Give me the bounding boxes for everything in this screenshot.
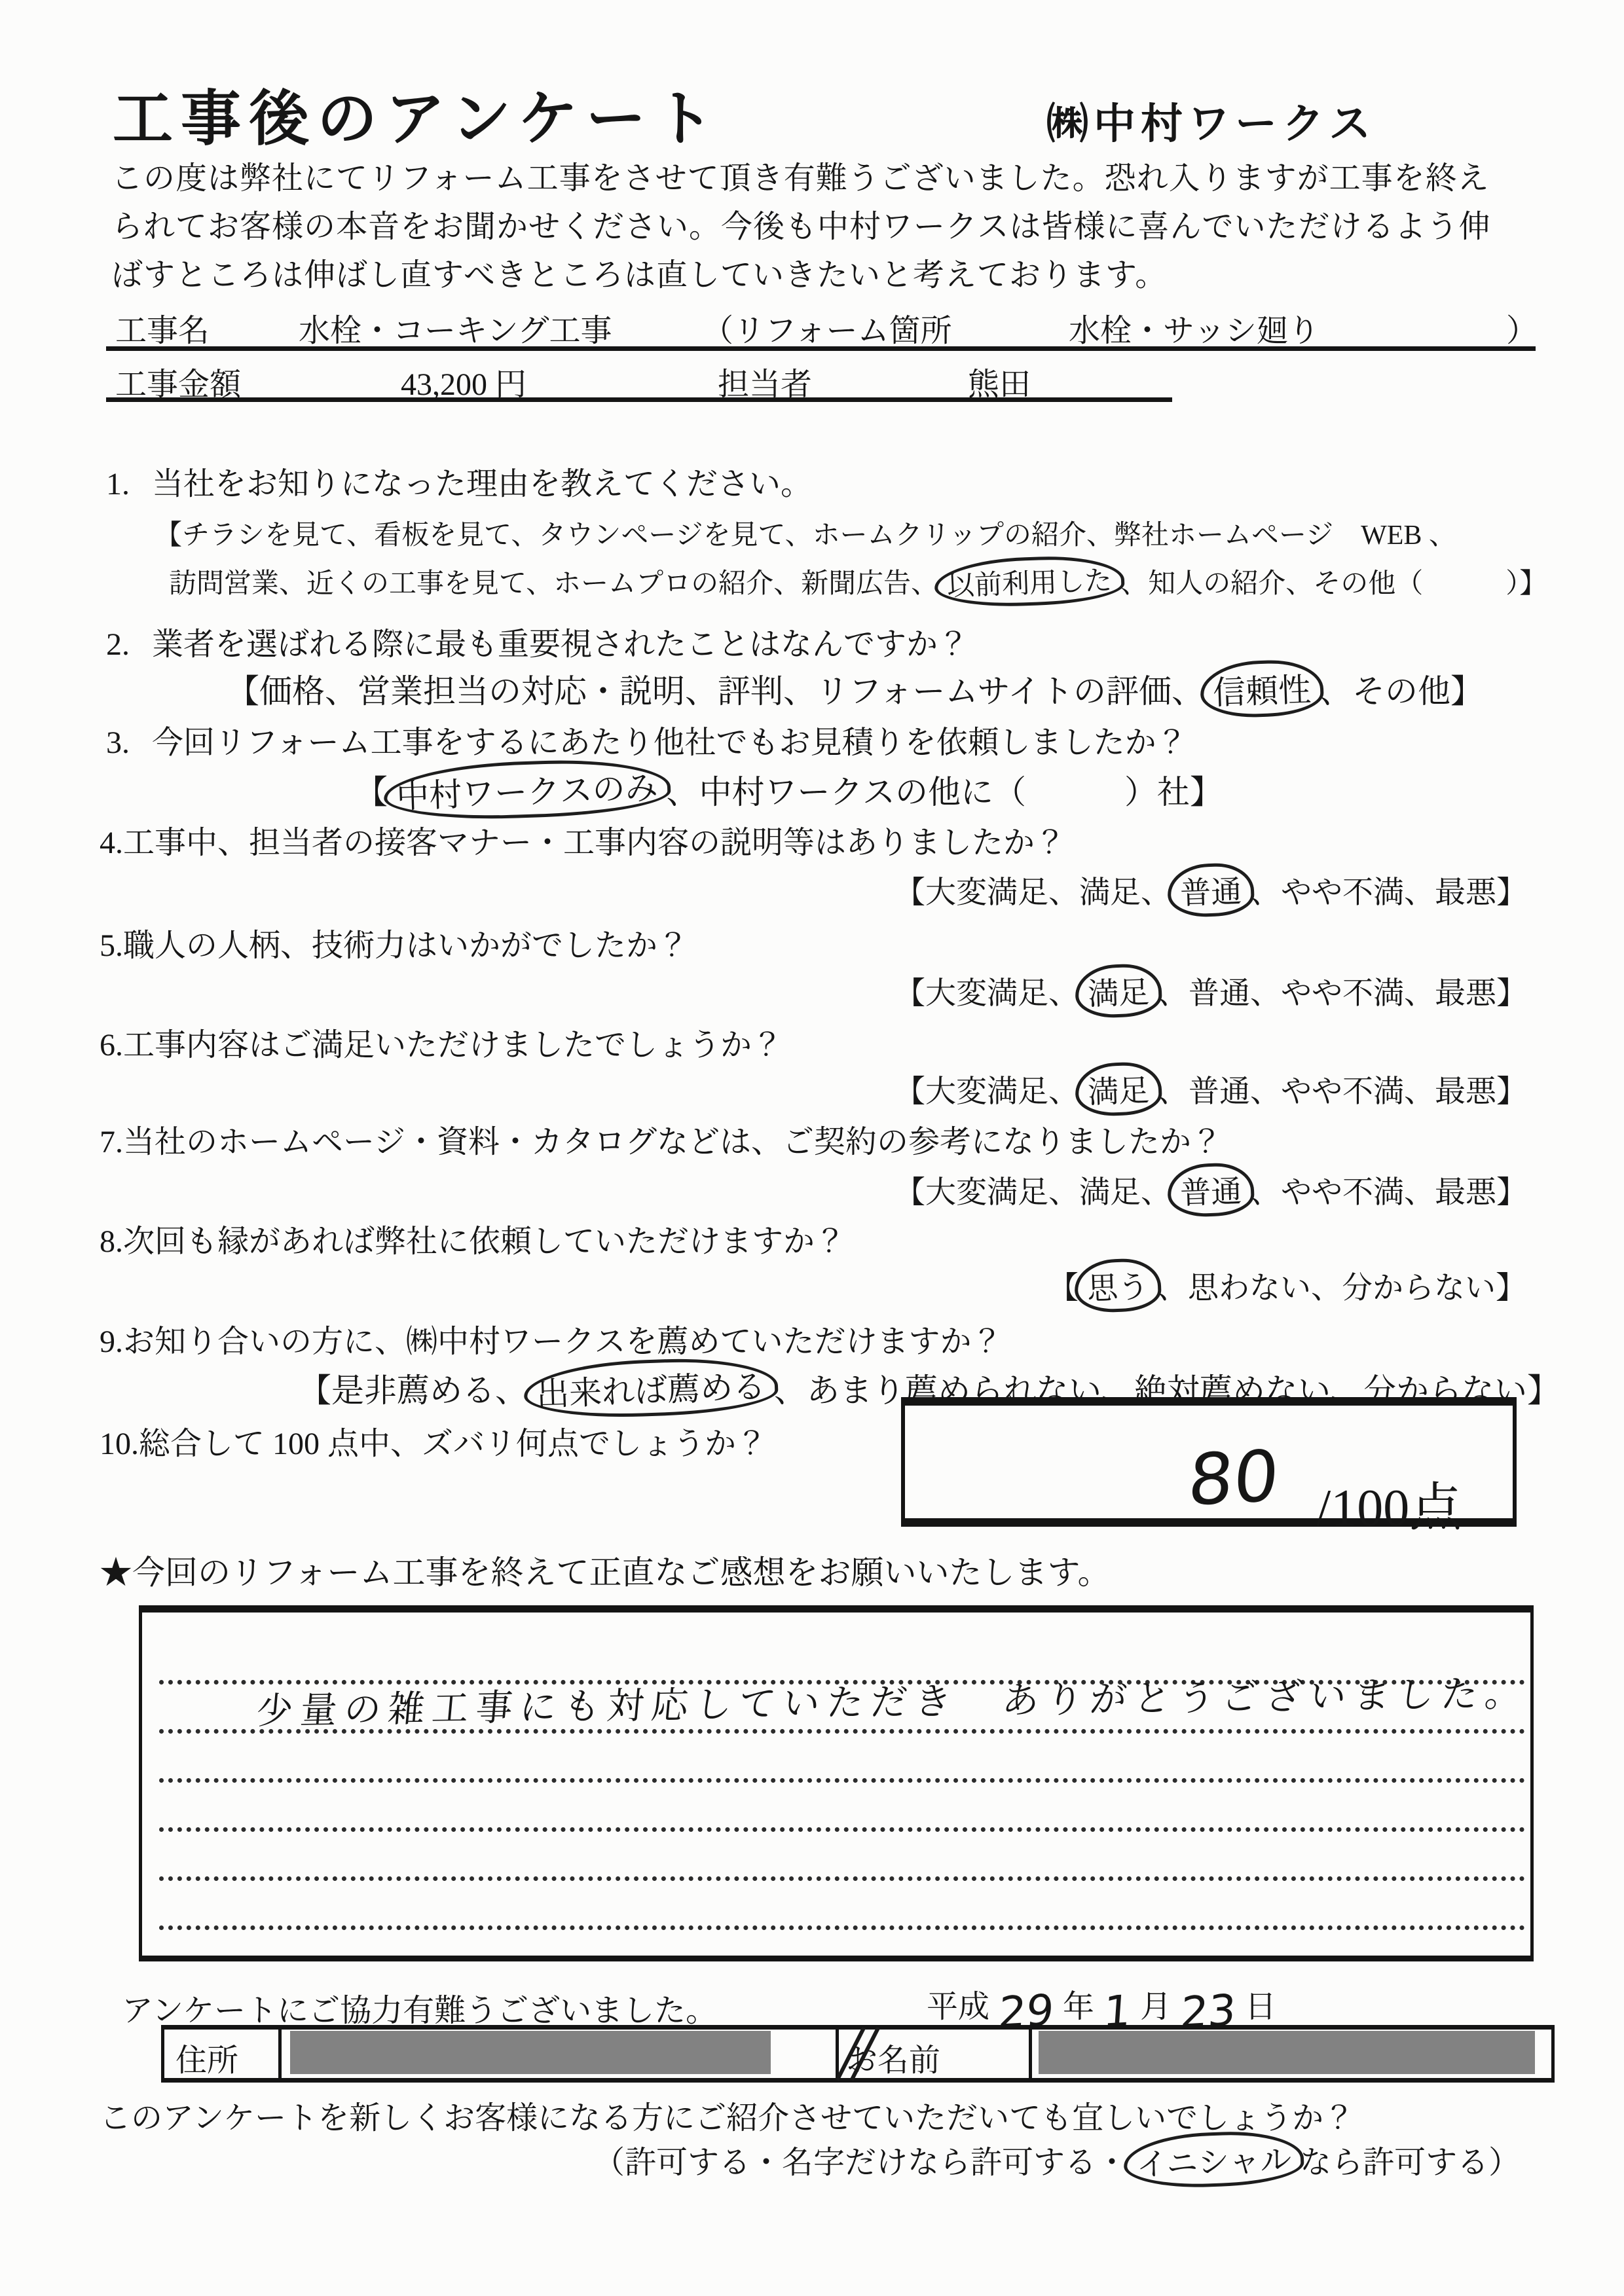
question-6-number: 6. [100,1028,123,1063]
question-3-text: 3.今回リフォーム工事をするにあたり他社でもお見積りを依頼しましたか？ [106,717,1188,762]
question-6-options: 【大変満足、満足、普通、やや不満、最悪】 [895,1067,1527,1111]
name-redaction-box [1039,2031,1535,2074]
reform-location-value: 水栓・サッシ廻り [1069,305,1319,350]
thanks-text: アンケートにご協力有難うございました。 [122,1985,717,2030]
star-icon: ★ [100,1554,132,1591]
circle-annotation-q5: 満足 [1075,963,1163,1019]
consent-question: このアンケートを新しくお客様になる方にご紹介させていただいても宜しいでしょうか？ [100,2092,1355,2138]
reform-location-close-paren: ） [1506,305,1538,350]
intro-line-3: ばすところは伸ばし直すべきところは直していきたいと考えております。 [111,251,1491,300]
question-4-number: 4. [100,826,123,860]
intro-paragraph: この度は弊社にてリフォーム工事をさせて頂き有難うございました。恐れ入りますが工事… [111,155,1491,300]
intro-line-1: この度は弊社にてリフォーム工事をさせて頂き有難うございました。恐れ入りますが工事… [111,155,1491,203]
address-redaction-box [290,2031,771,2074]
score-denominator: /100点 [1316,1465,1462,1540]
table-border-right [1551,2025,1555,2083]
question-7-number: 7. [100,1125,123,1159]
survey-document: 工事後のアンケート ㈱中村ワークス この度は弊社にてリフォーム工事をさせて頂き有… [0,0,1624,2296]
intro-line-2: られてお客様の本音をお聞かせください。今後も中村ワークスは皆様に喜んでいただける… [111,203,1491,251]
divider-line [106,346,1536,351]
ruled-dotted-line [159,1827,1525,1832]
question-5-text: 5.職人の人柄、技術力はいかがでしたか？ [100,920,689,965]
era-label: 平成 [927,1990,989,2024]
circle-annotation-q1: 以前利用した [934,554,1125,609]
handwritten-year: 29 [997,1985,1056,2038]
consent-options: （許可する・名字だけなら許可する・イニシャルなら許可する） [593,2137,1520,2182]
day-unit: 日 [1245,1990,1276,2024]
circle-annotation-q7: 普通 [1167,1162,1255,1218]
question-3-number: 3. [106,725,130,760]
project-name-label: 工事名 [115,305,210,350]
circle-annotation-q3: 中村ワークスのみ [383,756,671,822]
circle-annotation-q8: 思う [1074,1258,1162,1314]
score-handwritten-value: 80 [1185,1435,1282,1522]
question-2-text: 2.業者を選ばれる際に最も重要視されたことはなんですか？ [106,619,969,664]
question-7-text: 7.当社のホームページ・資料・カタログなどは、ご契約の参考になりましたか？ [100,1116,1223,1161]
ruled-dotted-line [159,1778,1525,1783]
divider-line [106,397,1172,402]
handwritten-month: 1 [1101,1986,1133,2037]
circle-annotation-consent: イニシャル [1123,2129,1305,2190]
table-divider [1029,2025,1032,2083]
question-3-options: 【中村ワークスのみ、中村ワークスの他に（ ）社】 [355,766,1223,813]
project-name-value: 水栓・コーキング工事 [299,305,612,350]
comment-box [139,1605,1534,1961]
question-10-text: 10.総合して 100 点中、ズバリ何点でしょうか？ [100,1418,767,1463]
company-name: ㈱中村ワークス [1046,90,1376,151]
question-6-text: 6.工事内容はご満足いただけましたでしょうか？ [100,1019,783,1065]
question-5-number: 5. [100,928,123,963]
ruled-dotted-line [159,1876,1525,1881]
question-5-options: 【大変満足、満足、普通、やや不満、最悪】 [895,969,1527,1013]
table-border-top [161,2025,1555,2030]
circle-annotation-q6: 満足 [1075,1061,1163,1118]
page-title: 工事後のアンケート [113,71,722,157]
circle-annotation-q4: 普通 [1167,862,1255,919]
question-9-text: 9.お知り合いの方に、㈱中村ワークスを薦めていただけますか？ [100,1316,1003,1361]
month-unit: 月 [1140,1990,1172,2024]
question-7-options: 【大変満足、満足、普通、やや不満、最悪】 [895,1168,1527,1212]
question-8-number: 8. [100,1224,123,1259]
circle-annotation-q9: 出来れば薦める [523,1355,779,1420]
name-label: お名前 [846,2035,940,2080]
question-10-number: 10. [100,1427,139,1461]
handwritten-day: 23 [1179,1985,1238,2038]
reform-location-label: （リフォーム箇所 [702,305,952,350]
year-unit: 年 [1063,1990,1094,2024]
question-1-number: 1. [106,467,130,501]
ruled-dotted-line [159,1925,1525,1930]
question-2-options: 【価格、営業担当の対応・説明、評判、リフォームサイトの評価、信頼性、その他】 [227,665,1483,712]
circle-annotation-q2: 信頼性 [1200,659,1325,720]
crossed-out-honorific: お [846,2035,877,2080]
question-1-options-line1: 【チラシを見て、看板を見て、タウンページを見て、ホームクリップの紹介、弊社ホーム… [155,513,1456,553]
address-label: 住所 [175,2035,238,2080]
question-4-text: 4.工事中、担当者の接客マナー・工事内容の説明等はありましたか？ [100,817,1066,862]
question-1-options-line2: 訪問営業、近くの工事を見て、ホームプロの紹介、新聞広告、以前利用した、知人の紹介… [169,562,1547,601]
question-1-text: 1.当社をお知りになった理由を教えてください。 [106,458,812,503]
question-4-options: 【大変満足、満足、普通、やや不満、最悪】 [895,868,1527,912]
question-8-options: 【思う、思わない、分からない】 [1048,1264,1526,1307]
question-8-text: 8.次回も縁があれば弊社に依頼していただけますか？ [100,1216,846,1261]
question-2-number: 2. [106,627,130,662]
feedback-prompt: ★今回のリフォーム工事を終えて正直なご感想をお願いいたします。 [100,1546,1111,1594]
table-divider [278,2025,282,2083]
table-border-left [161,2025,164,2083]
question-9-number: 9. [100,1324,123,1359]
